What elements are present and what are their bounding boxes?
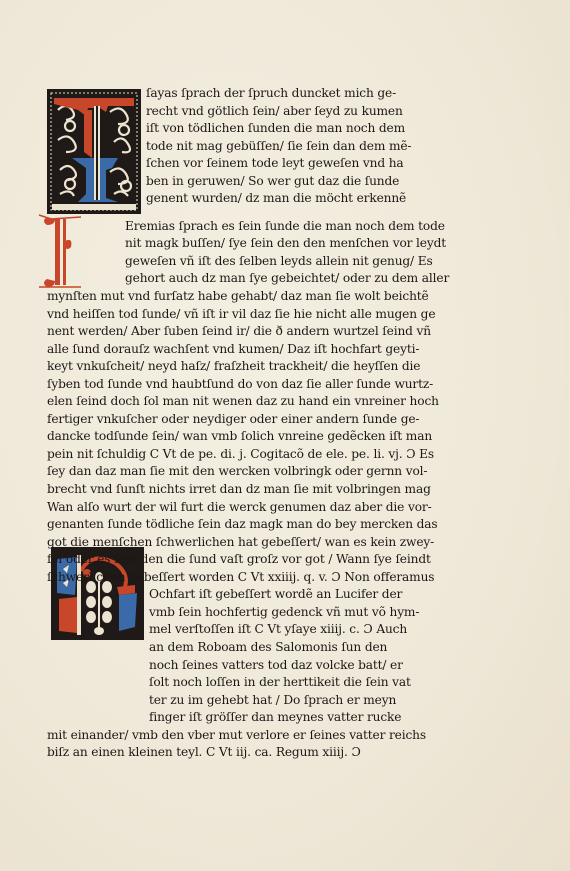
text-line: genent wurden/ dz man die möcht erkennẽ xyxy=(47,190,407,208)
text-line: elen ſeind doch ſol man nit wenen daz zu… xyxy=(47,393,407,411)
text-line: ſyben tod ſunde vnd haubtſund do von daz… xyxy=(47,376,407,394)
text-line: keyt vnkuſcheit/ neyd haſz/ fraſzheit tr… xyxy=(47,358,407,376)
text-line: brecht vnd ſunſt nichts irret dan dz man… xyxy=(47,481,407,499)
text-line: got die menſchen ſchwerlichen hat gebeſſ… xyxy=(47,534,407,552)
text-line: vmb ſein hochfertig gedenck vñ mut võ hy… xyxy=(47,604,407,622)
book-page: ſayas ſprach der ſpruch duncket mich ge-… xyxy=(0,0,570,871)
text-line: Eremias ſprach es ſein ſunde die man noc… xyxy=(47,218,407,236)
text-line: ter zu im gehebt hat / Do ſprach er meyn xyxy=(47,692,407,710)
text-line: ſayas ſprach der ſpruch duncket mich ge- xyxy=(47,85,407,103)
text-line: Ochfart iſt gebeſſert wordẽ an Lucifer d… xyxy=(47,586,407,604)
text-line: nit magk buſſen/ ſye ſein den den menſch… xyxy=(47,235,407,253)
text-line: ben in geruwen/ So wer gut daz die ſunde xyxy=(47,173,407,191)
text-line: genanten ſunde tödliche ſein daz magk ma… xyxy=(47,516,407,534)
text-line: geweſen vñ iſt des ſelben leyds allein n… xyxy=(47,253,407,271)
text-line: tode nit mag gebüſſen/ ſie ſein dan dem … xyxy=(47,138,407,156)
text-line: pein nit ſchuldig C Vt de pe. di. j. Cog… xyxy=(47,446,407,464)
text-line: noch ſeines vatters tod daz volcke batt/… xyxy=(47,657,407,675)
text-line: gehort auch dz man ſye gebeichtet/ oder … xyxy=(47,270,407,288)
text-line: ſchwerlichen gebeſſert worden C Vt xxiii… xyxy=(47,569,407,587)
text-line: fertiger vnkuſcher oder neydiger oder ei… xyxy=(47,411,407,429)
text-line: an dem Roboam des Salomonis ſun den xyxy=(47,639,407,657)
text-line: nent werden/ Aber ſuben ſeind ir/ die ð … xyxy=(47,323,407,341)
text-line: iſt von tödlichen ſunden die man noch de… xyxy=(47,120,407,138)
paragraph-1: ſayas ſprach der ſpruch duncket mich ge-… xyxy=(47,85,407,208)
text-line: mynſten mut vnd furſatz habe gehabt/ daz… xyxy=(47,288,407,306)
paragraph-2: Eremias ſprach es ſein ſunde die man noc… xyxy=(47,218,407,586)
text-line: alle ſund dorauſz wachſent vnd kumen/ Da… xyxy=(47,341,407,359)
text-line: vnd heiſſen tod ſunde/ vñ iſt ir vil daz… xyxy=(47,306,407,324)
text-line: ſolt noch loſſen in der herttikeit die ſ… xyxy=(47,674,407,692)
text-line: ſchen vor ſeinem tode leyt geweſen vnd h… xyxy=(47,155,407,173)
text-line: Wan alſo wurt der wil furt die werck gen… xyxy=(47,499,407,517)
paragraph-3: Ochfart iſt gebeſſert wordẽ an Lucifer d… xyxy=(47,586,407,761)
text-line: fel oder es ſein den die ſund vaſt groſz… xyxy=(47,551,407,569)
text-line: finger iſt gröſſer dan meynes vatter ruc… xyxy=(47,709,407,727)
text-line: ſey dan daz man ſie mit den wercken volb… xyxy=(47,463,407,481)
text-line: recht vnd götlich ſein/ aber ſeyd zu kum… xyxy=(47,103,407,121)
text-block: ſayas ſprach der ſpruch duncket mich ge-… xyxy=(47,85,407,762)
text-line: mel verſtoſſen iſt C Vt yſaye xiiij. c. … xyxy=(47,621,407,639)
text-line: mit einander/ vmb den vber mut verlore e… xyxy=(47,727,407,745)
text-line: biſz an einen kleinen teyl. C Vt iij. ca… xyxy=(47,744,407,762)
text-line: dancke todſunde ſein/ wan vmb ſolich vnr… xyxy=(47,428,407,446)
